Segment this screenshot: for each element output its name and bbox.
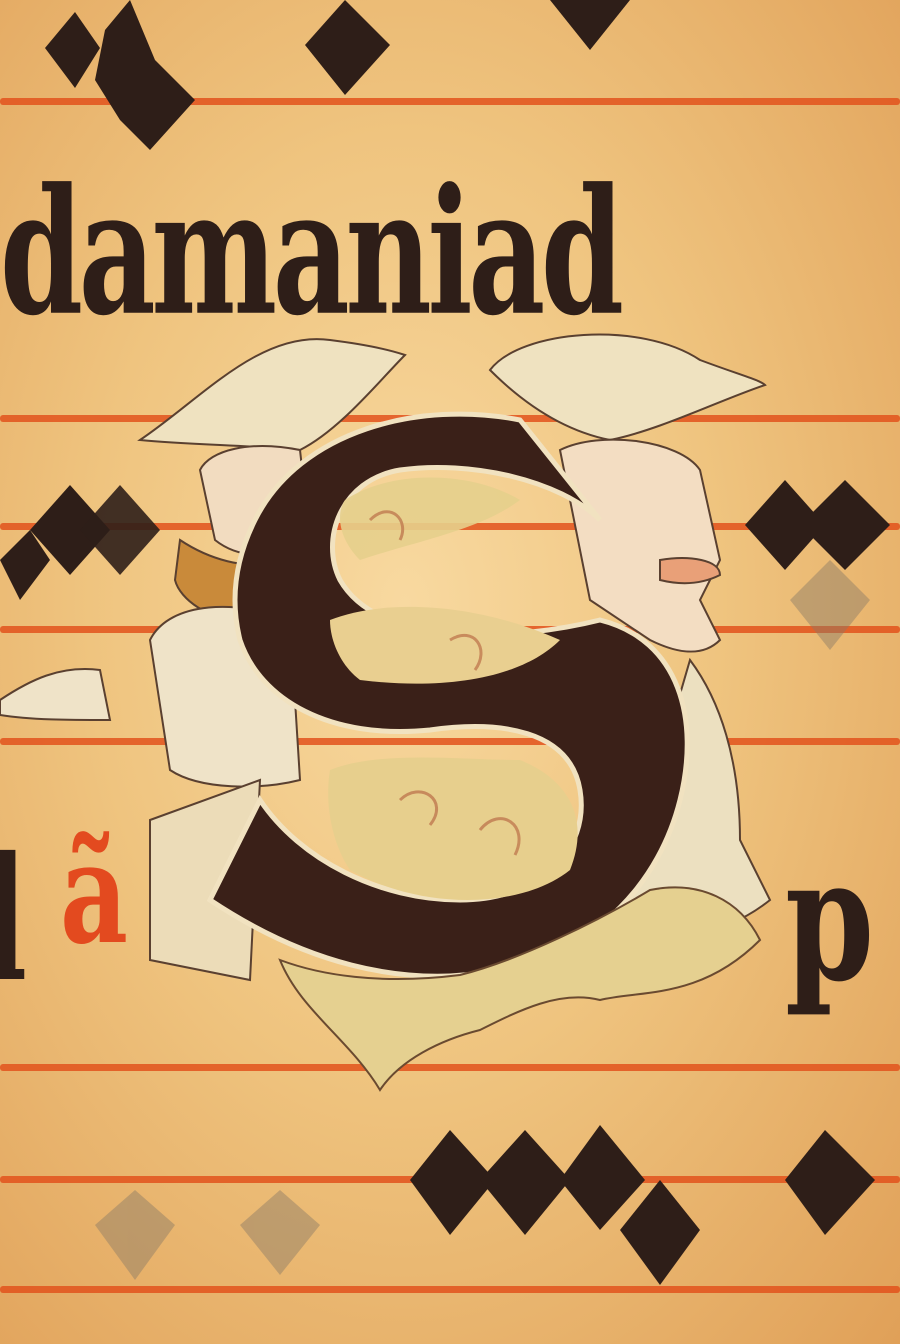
gothic-text-lower-left: l: [0, 820, 27, 1020]
illuminated-initial: [0, 0, 900, 1344]
rubric-letter: ã: [60, 812, 128, 976]
gothic-text-lower-right: p: [785, 820, 874, 1020]
